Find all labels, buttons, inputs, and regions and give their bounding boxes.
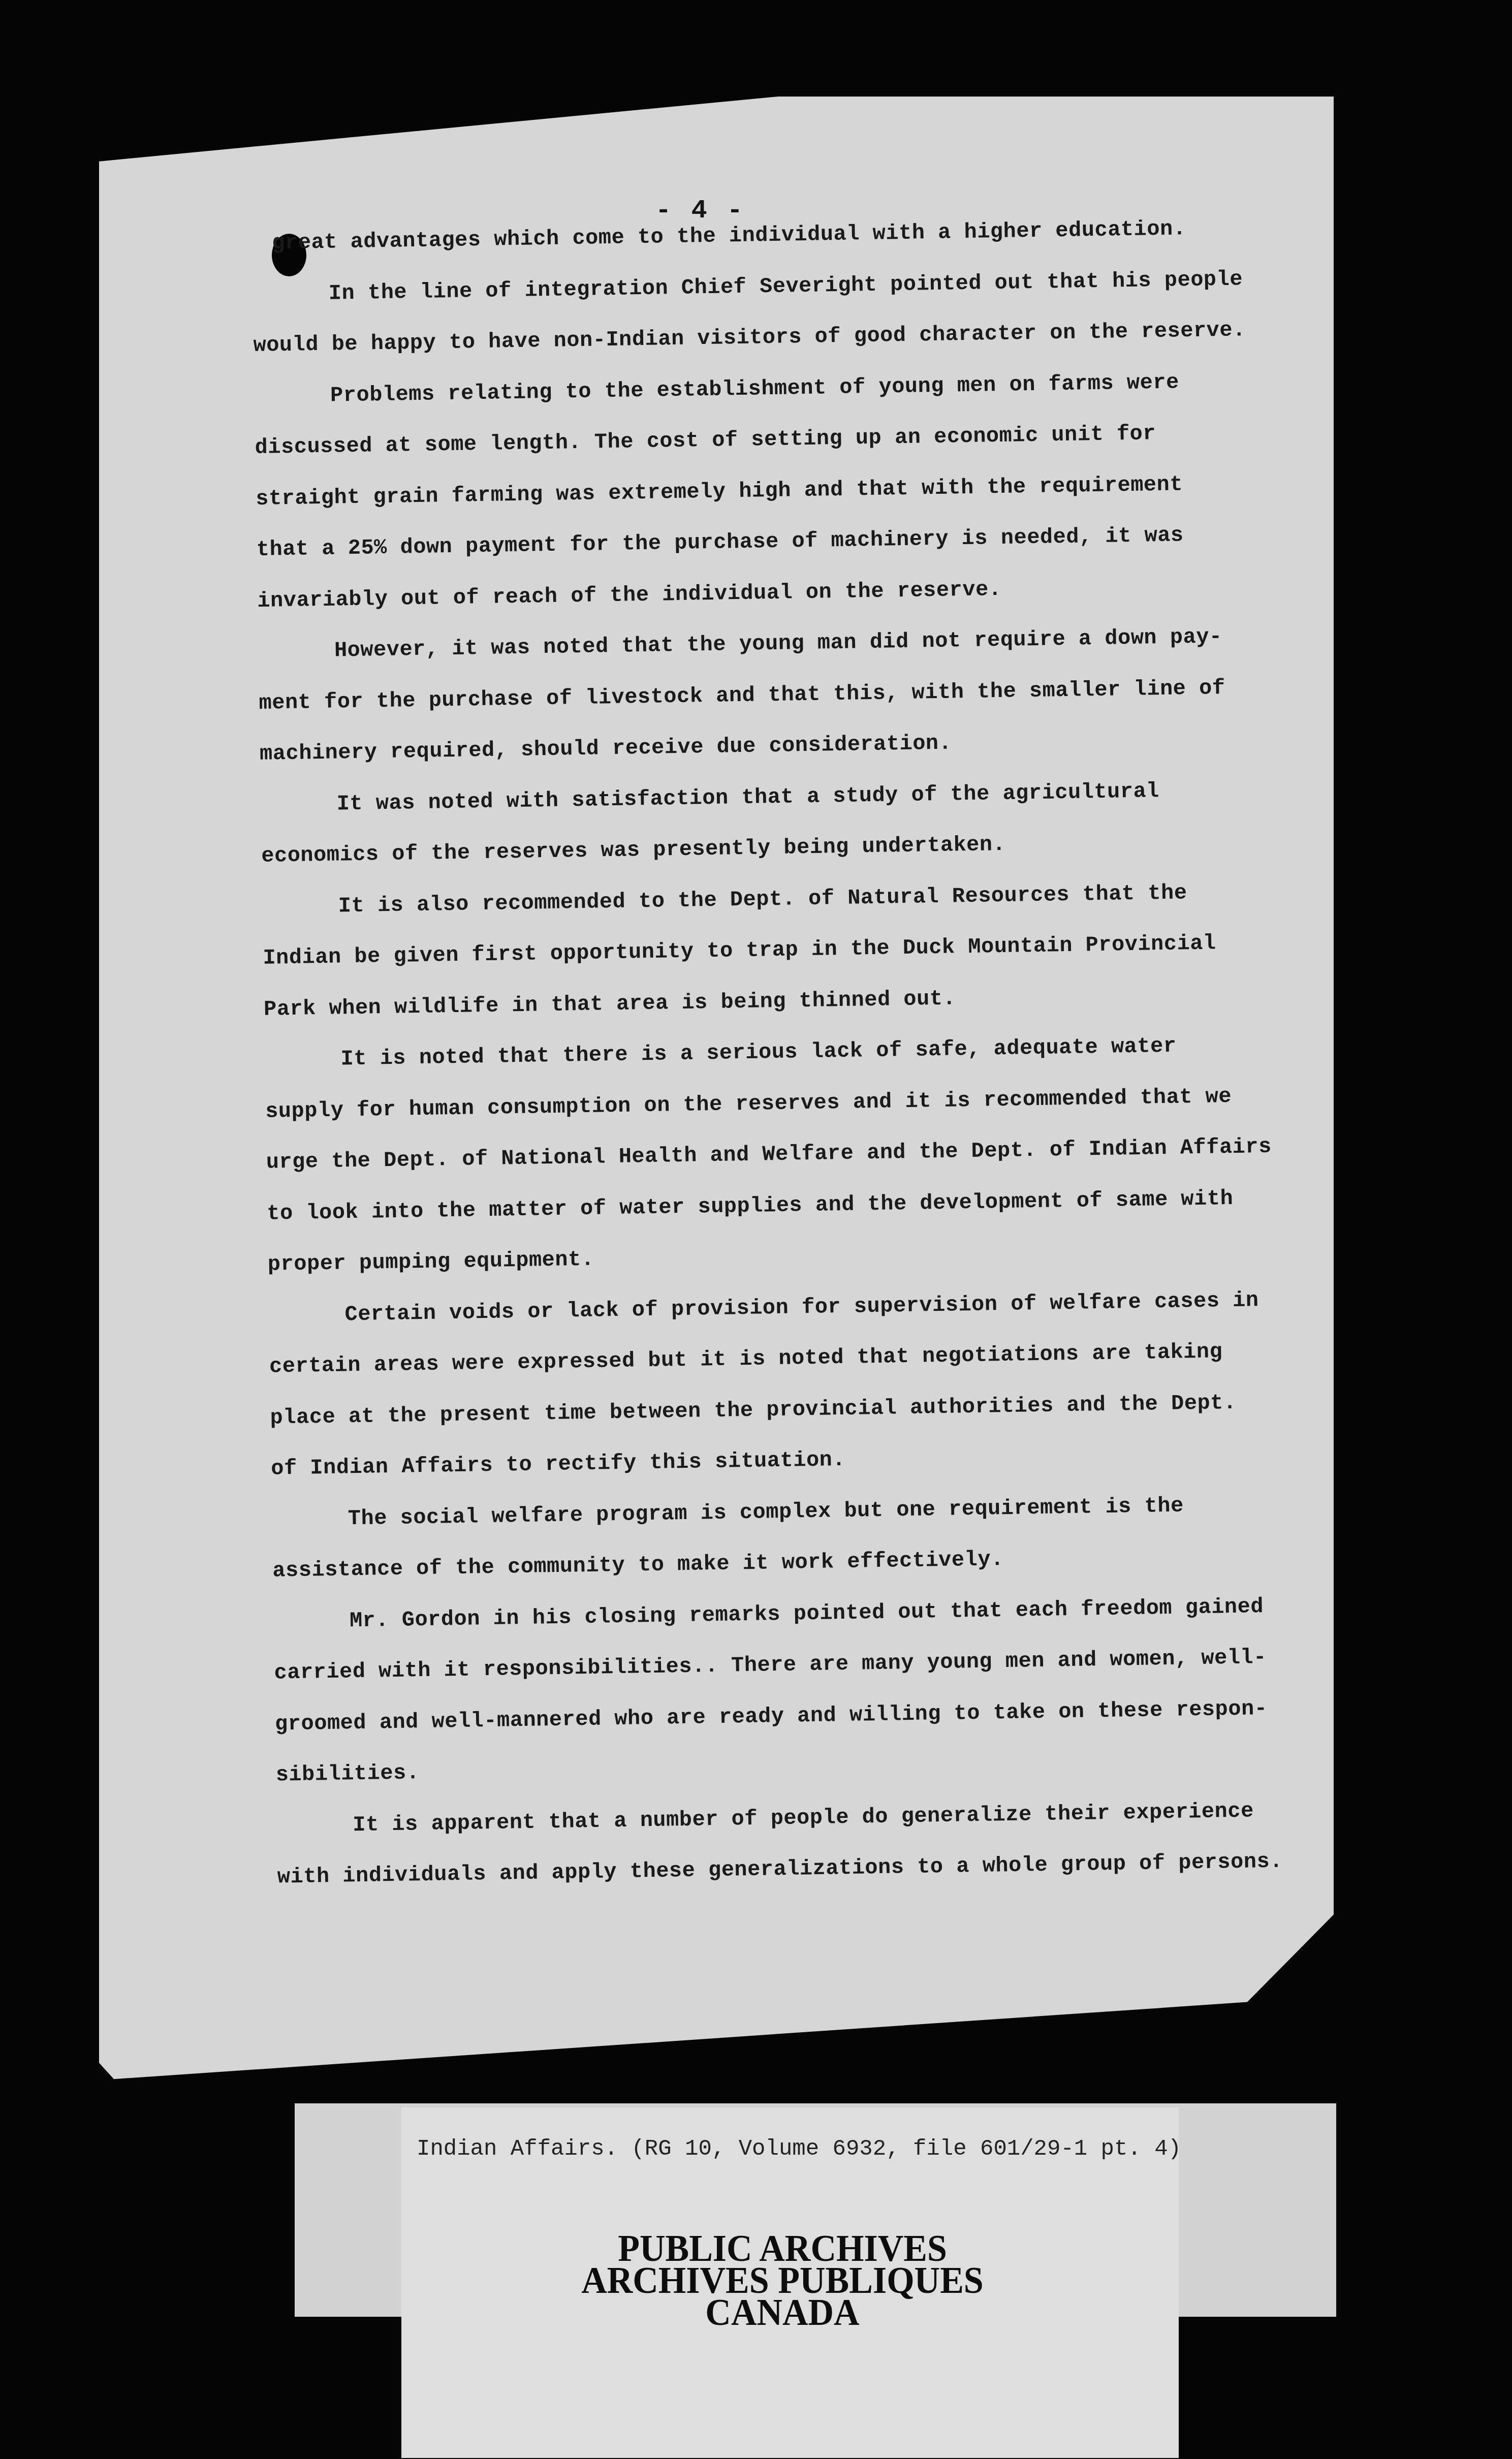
page-number: - 4 - bbox=[655, 196, 745, 226]
document-body: great advantages which come to the indiv… bbox=[251, 214, 1385, 1916]
archive-citation: Indian Affairs. (RG 10, Volume 6932, fil… bbox=[417, 2136, 1181, 2162]
document-page: - 4 - great advantages which come to the… bbox=[99, 97, 1334, 2124]
stamp-line: CANADA bbox=[528, 2297, 1036, 2329]
archive-stamp: PUBLIC ARCHIVES ARCHIVES PUBLIQUES CANAD… bbox=[528, 2233, 1036, 2329]
